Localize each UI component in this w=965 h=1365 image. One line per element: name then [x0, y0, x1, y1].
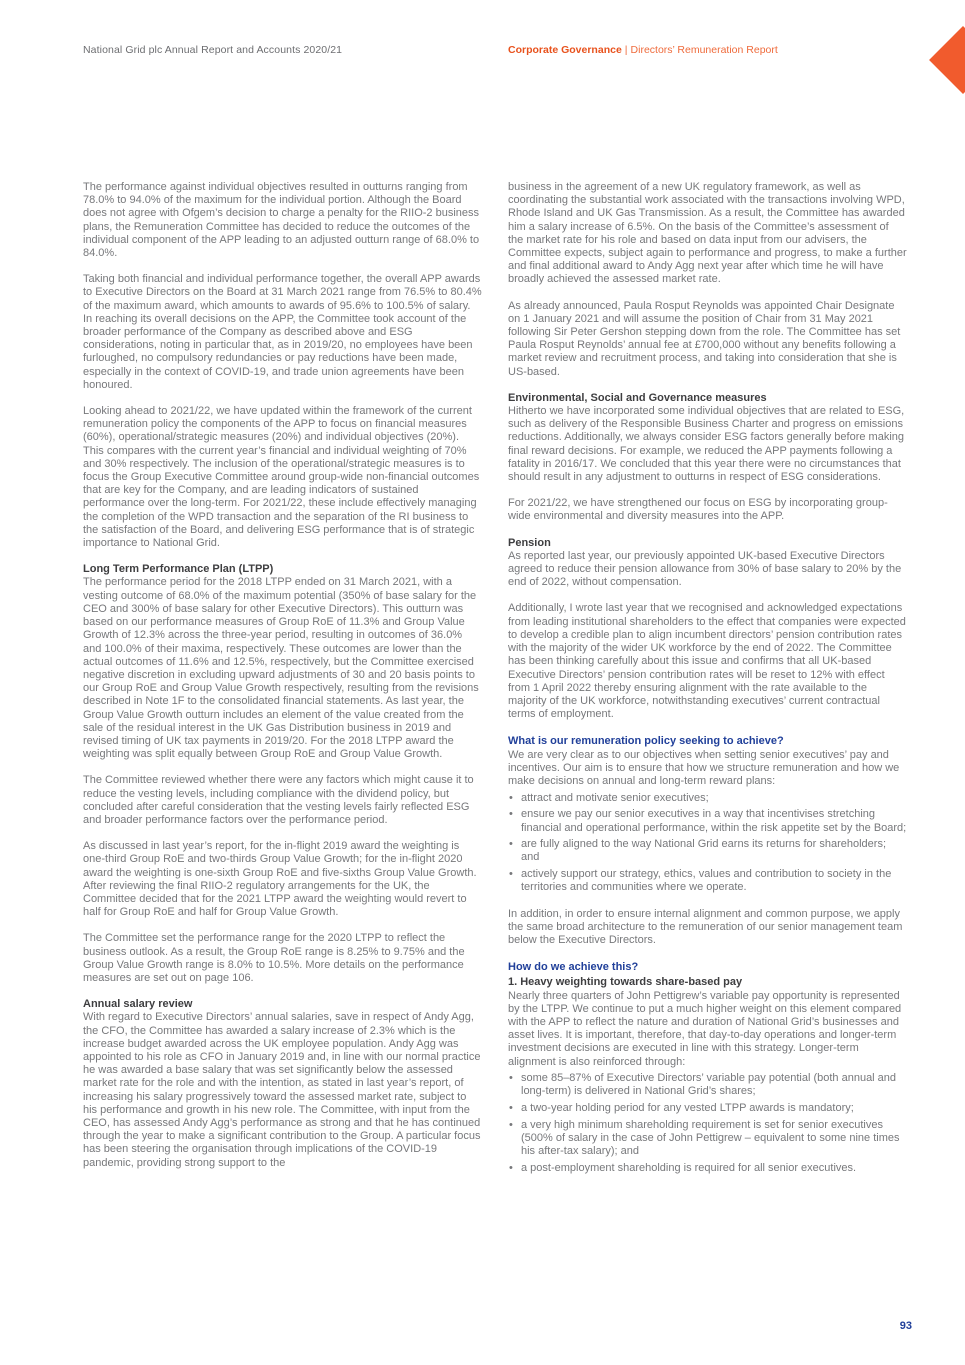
share-pay-bullet-list: some 85–87% of Executive Directors’ vari…	[508, 1072, 907, 1175]
breadcrumb-section: Corporate Governance	[508, 44, 622, 56]
section-heading-pension: Pension	[508, 537, 907, 550]
paragraph-salary-review: With regard to Executive Directors’ annu…	[83, 1011, 482, 1169]
page-number: 93	[900, 1320, 912, 1332]
breadcrumb-subsection: Directors’ Remuneration Report	[631, 44, 778, 56]
paragraph-policy-intro: We are very clear as to our objectives w…	[508, 749, 907, 789]
paragraph-share-based-pay: Nearly three quarters of John Pettigrew’…	[508, 990, 907, 1069]
bullet-item: actively support our strategy, ethics, v…	[508, 868, 907, 894]
breadcrumb-separator: |	[622, 44, 631, 56]
bullet-item: ensure we pay our senior executives in a…	[508, 808, 907, 834]
left-column: The performance against individual objec…	[83, 181, 482, 1170]
paragraph-app-awards: Taking both financial and individual per…	[83, 273, 482, 392]
right-column: business in the agreement of a new UK re…	[508, 181, 907, 1175]
bullet-item: some 85–87% of Executive Directors’ vari…	[508, 1072, 907, 1098]
paragraph-vesting-review: The Committee reviewed whether there wer…	[83, 774, 482, 827]
section-heading-esg: Environmental, Social and Governance mea…	[508, 392, 907, 405]
paragraph-2020-range: The Committee set the performance range …	[83, 932, 482, 985]
paragraph-esg-2021: For 2021/22, we have strengthened our fo…	[508, 497, 907, 523]
paragraph-inflight-weighting: As discussed in last year’s report, for …	[83, 840, 482, 919]
report-title: National Grid plc Annual Report and Acco…	[83, 44, 342, 56]
paragraph-alignment: In addition, in order to ensure internal…	[508, 908, 907, 948]
bullet-item: a post-employment shareholding is requir…	[508, 1162, 907, 1175]
bullet-item: attract and motivate senior executives;	[508, 792, 907, 805]
paragraph-pension-allowance: As reported last year, our previously ap…	[508, 550, 907, 590]
section-heading-how-achieve: How do we achieve this?	[508, 961, 907, 974]
bullet-item: are fully aligned to the way National Gr…	[508, 838, 907, 864]
paragraph-ltpp-outcome: The performance period for the 2018 LTPP…	[83, 576, 482, 761]
paragraph-outturns: The performance against individual objec…	[83, 181, 482, 260]
policy-bullet-list: attract and motivate senior executives; …	[508, 792, 907, 895]
section-heading-remuneration-policy: What is our remuneration policy seeking …	[508, 735, 907, 748]
breadcrumb: Corporate Governance|Directors’ Remunera…	[508, 44, 778, 56]
bullet-item: a two-year holding period for any vested…	[508, 1102, 907, 1115]
report-page: National Grid plc Annual Report and Acco…	[0, 0, 965, 1365]
section-heading-share-based-pay: 1. Heavy weighting towards share-based p…	[508, 976, 907, 989]
section-heading-ltpp: Long Term Performance Plan (LTPP)	[83, 563, 482, 576]
bullet-item: a very high minimum shareholding require…	[508, 1119, 907, 1159]
section-heading-annual-salary: Annual salary review	[83, 998, 482, 1011]
corner-diamond-icon	[929, 26, 965, 94]
paragraph-pension-contribution: Additionally, I wrote last year that we …	[508, 602, 907, 721]
paragraph-chair-appointment: As already announced, Paula Rosput Reyno…	[508, 300, 907, 379]
paragraph-looking-ahead: Looking ahead to 2021/22, we have update…	[83, 405, 482, 550]
paragraph-salary-continued: business in the agreement of a new UK re…	[508, 181, 907, 287]
paragraph-esg: Hitherto we have incorporated some indiv…	[508, 405, 907, 484]
